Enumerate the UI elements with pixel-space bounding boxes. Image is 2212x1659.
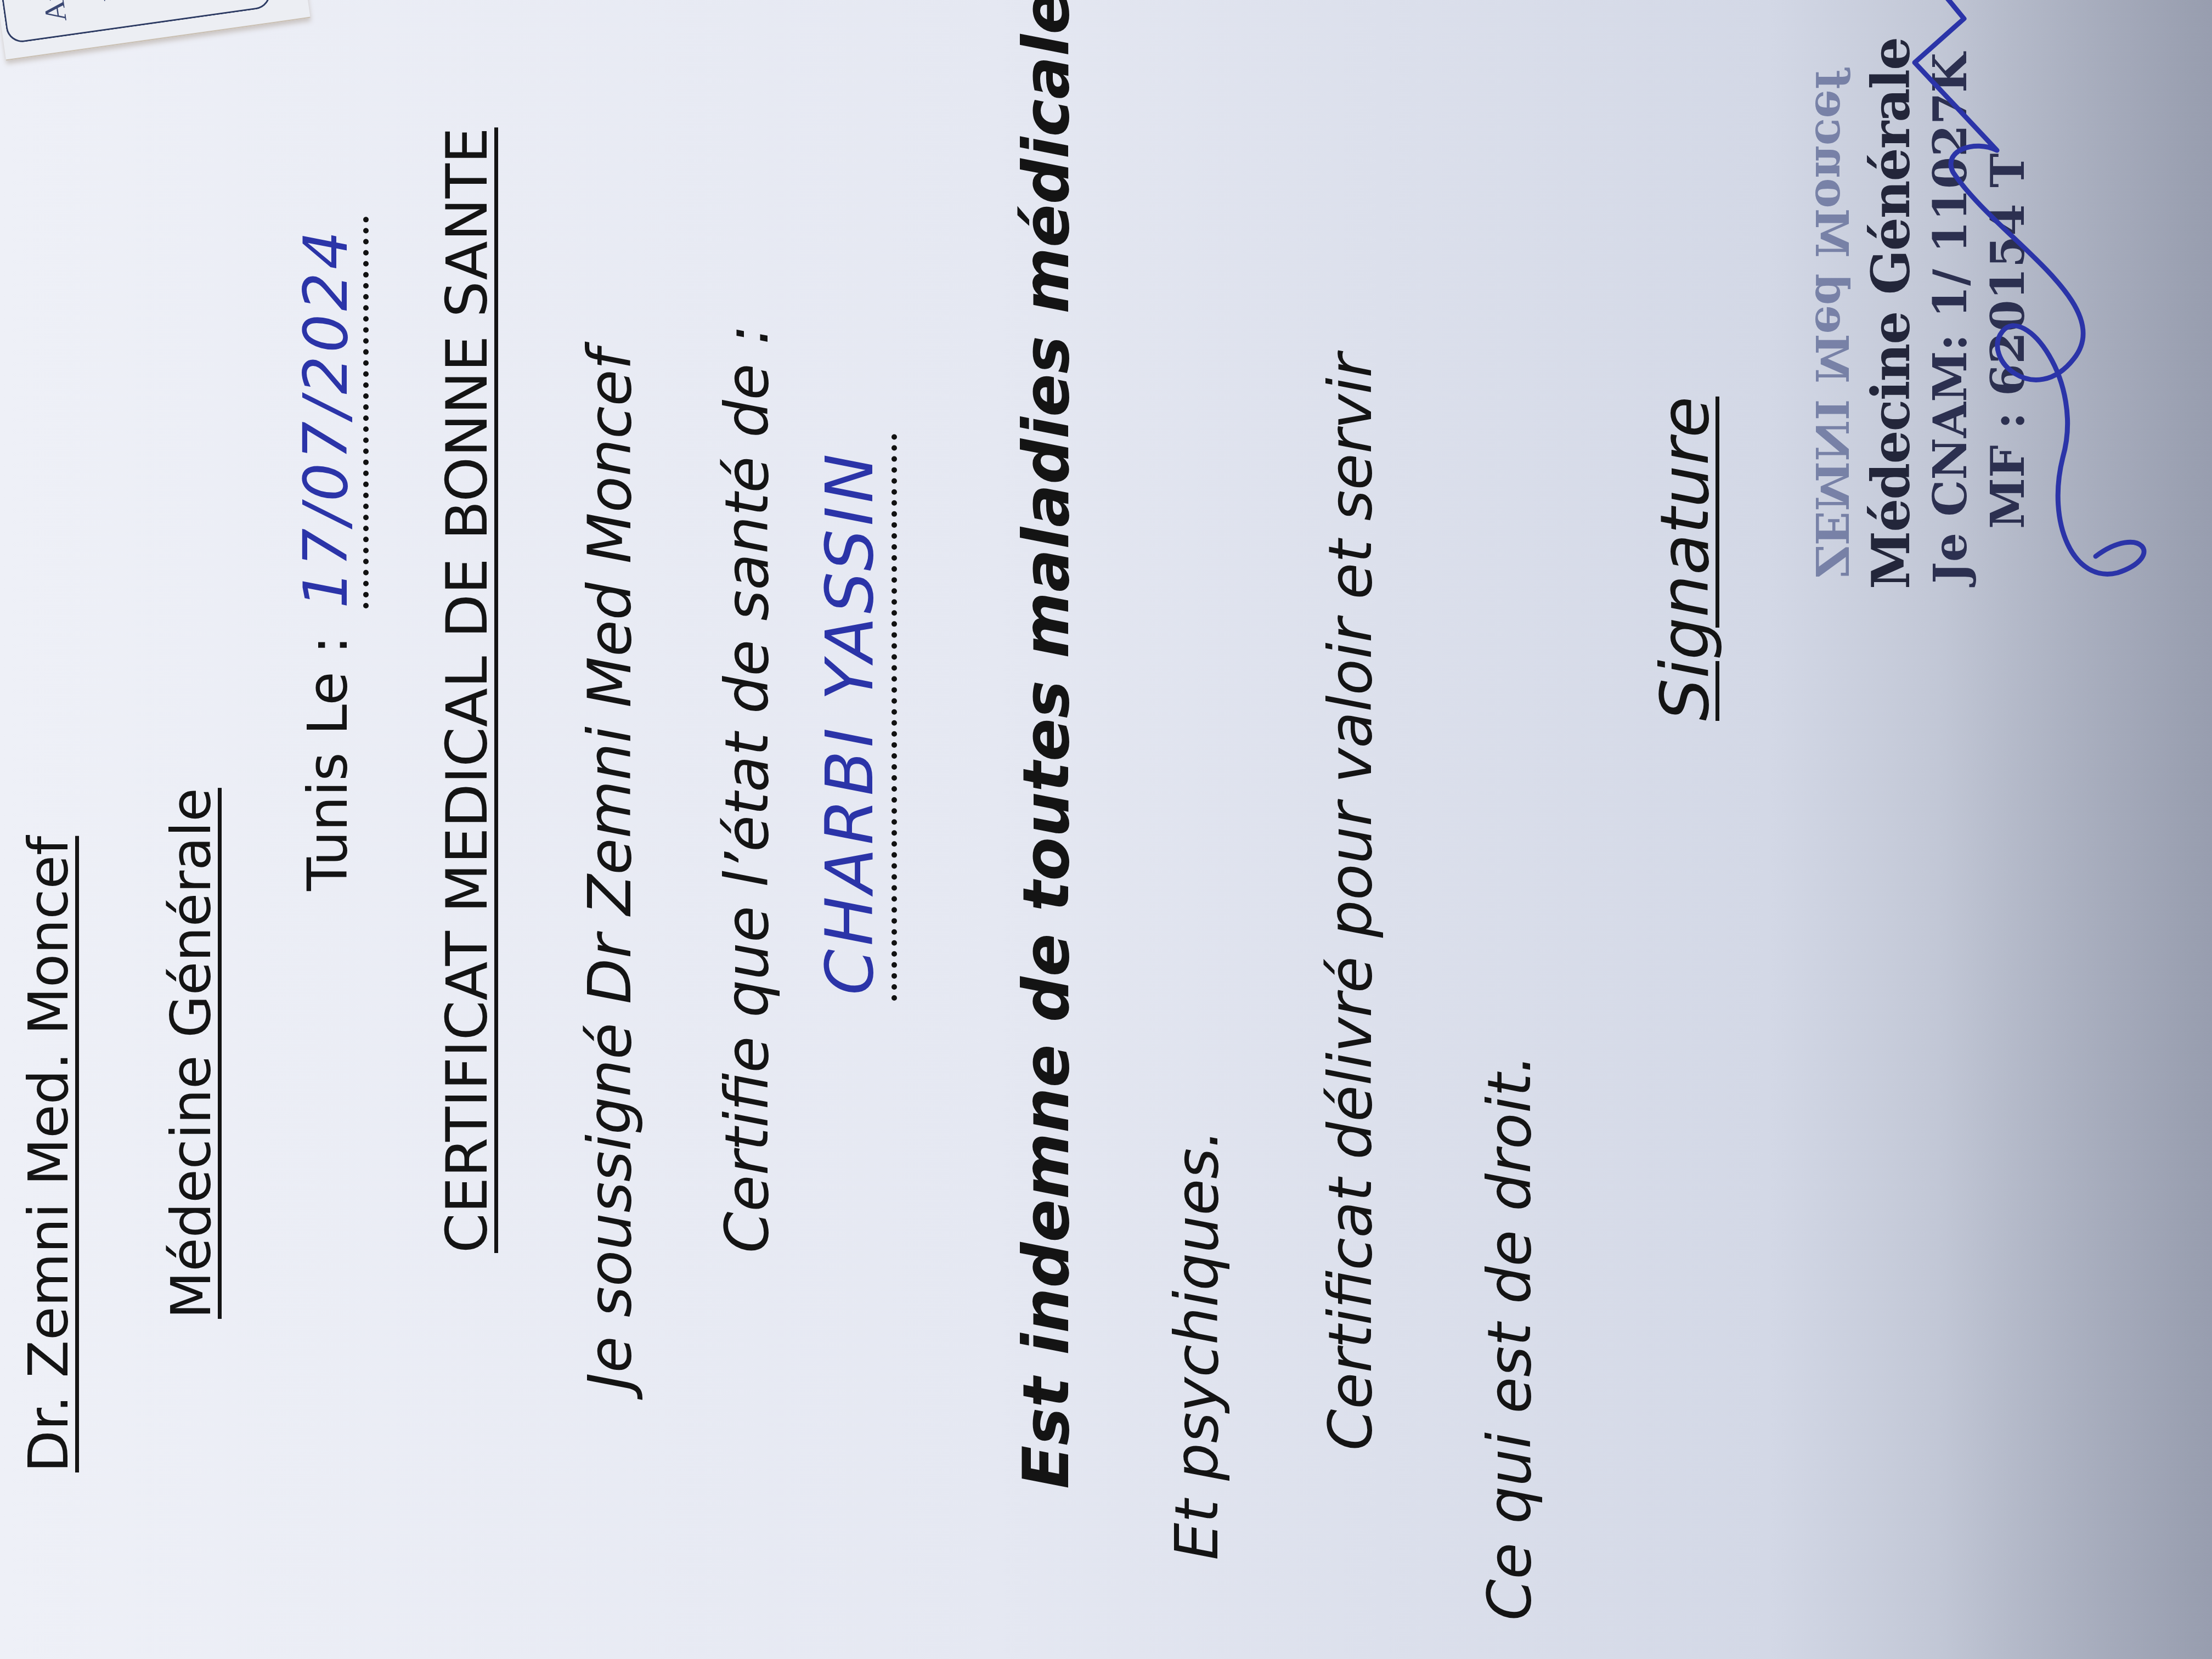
date-line: Tunis Le : 17/07/2024: [291, 217, 369, 891]
doctor-name: Dr. Zemni Med. Moncef: [16, 836, 81, 1472]
certify-label: Certifie que l’état de santé de :: [713, 325, 782, 1253]
doctor-specialty: Médecine Générale: [159, 788, 223, 1319]
patient-line: CHARBI YASSIN: [812, 434, 897, 1001]
medical-certificate: Dr. Zemni Med. Moncef Médecine Générale …: [0, 0, 2212, 1659]
handwritten-signature: [1788, 0, 2172, 589]
handwritten-patient-name: CHARBI YASSIN: [812, 434, 897, 1001]
health-statement-continued: Et psychiques.: [1163, 1129, 1232, 1560]
handwritten-date: 17/07/2024: [291, 217, 369, 608]
date-label: Tunis Le :: [296, 636, 360, 891]
certificate-title: CERTIFICAT MEDICAL DE BONNE SANTE: [433, 127, 500, 1253]
closing-statement: Ce qui est de droit.: [1476, 1054, 1544, 1621]
intro-statement: Je soussigné Dr Zemni Med Moncef: [576, 349, 645, 1390]
signature-label: Signature: [1646, 397, 1724, 721]
delivery-statement: Certificat délivré pour valoir et servir: [1317, 353, 1385, 1451]
health-statement: Est indemne de toutes maladies médicales: [1009, 0, 1084, 1489]
